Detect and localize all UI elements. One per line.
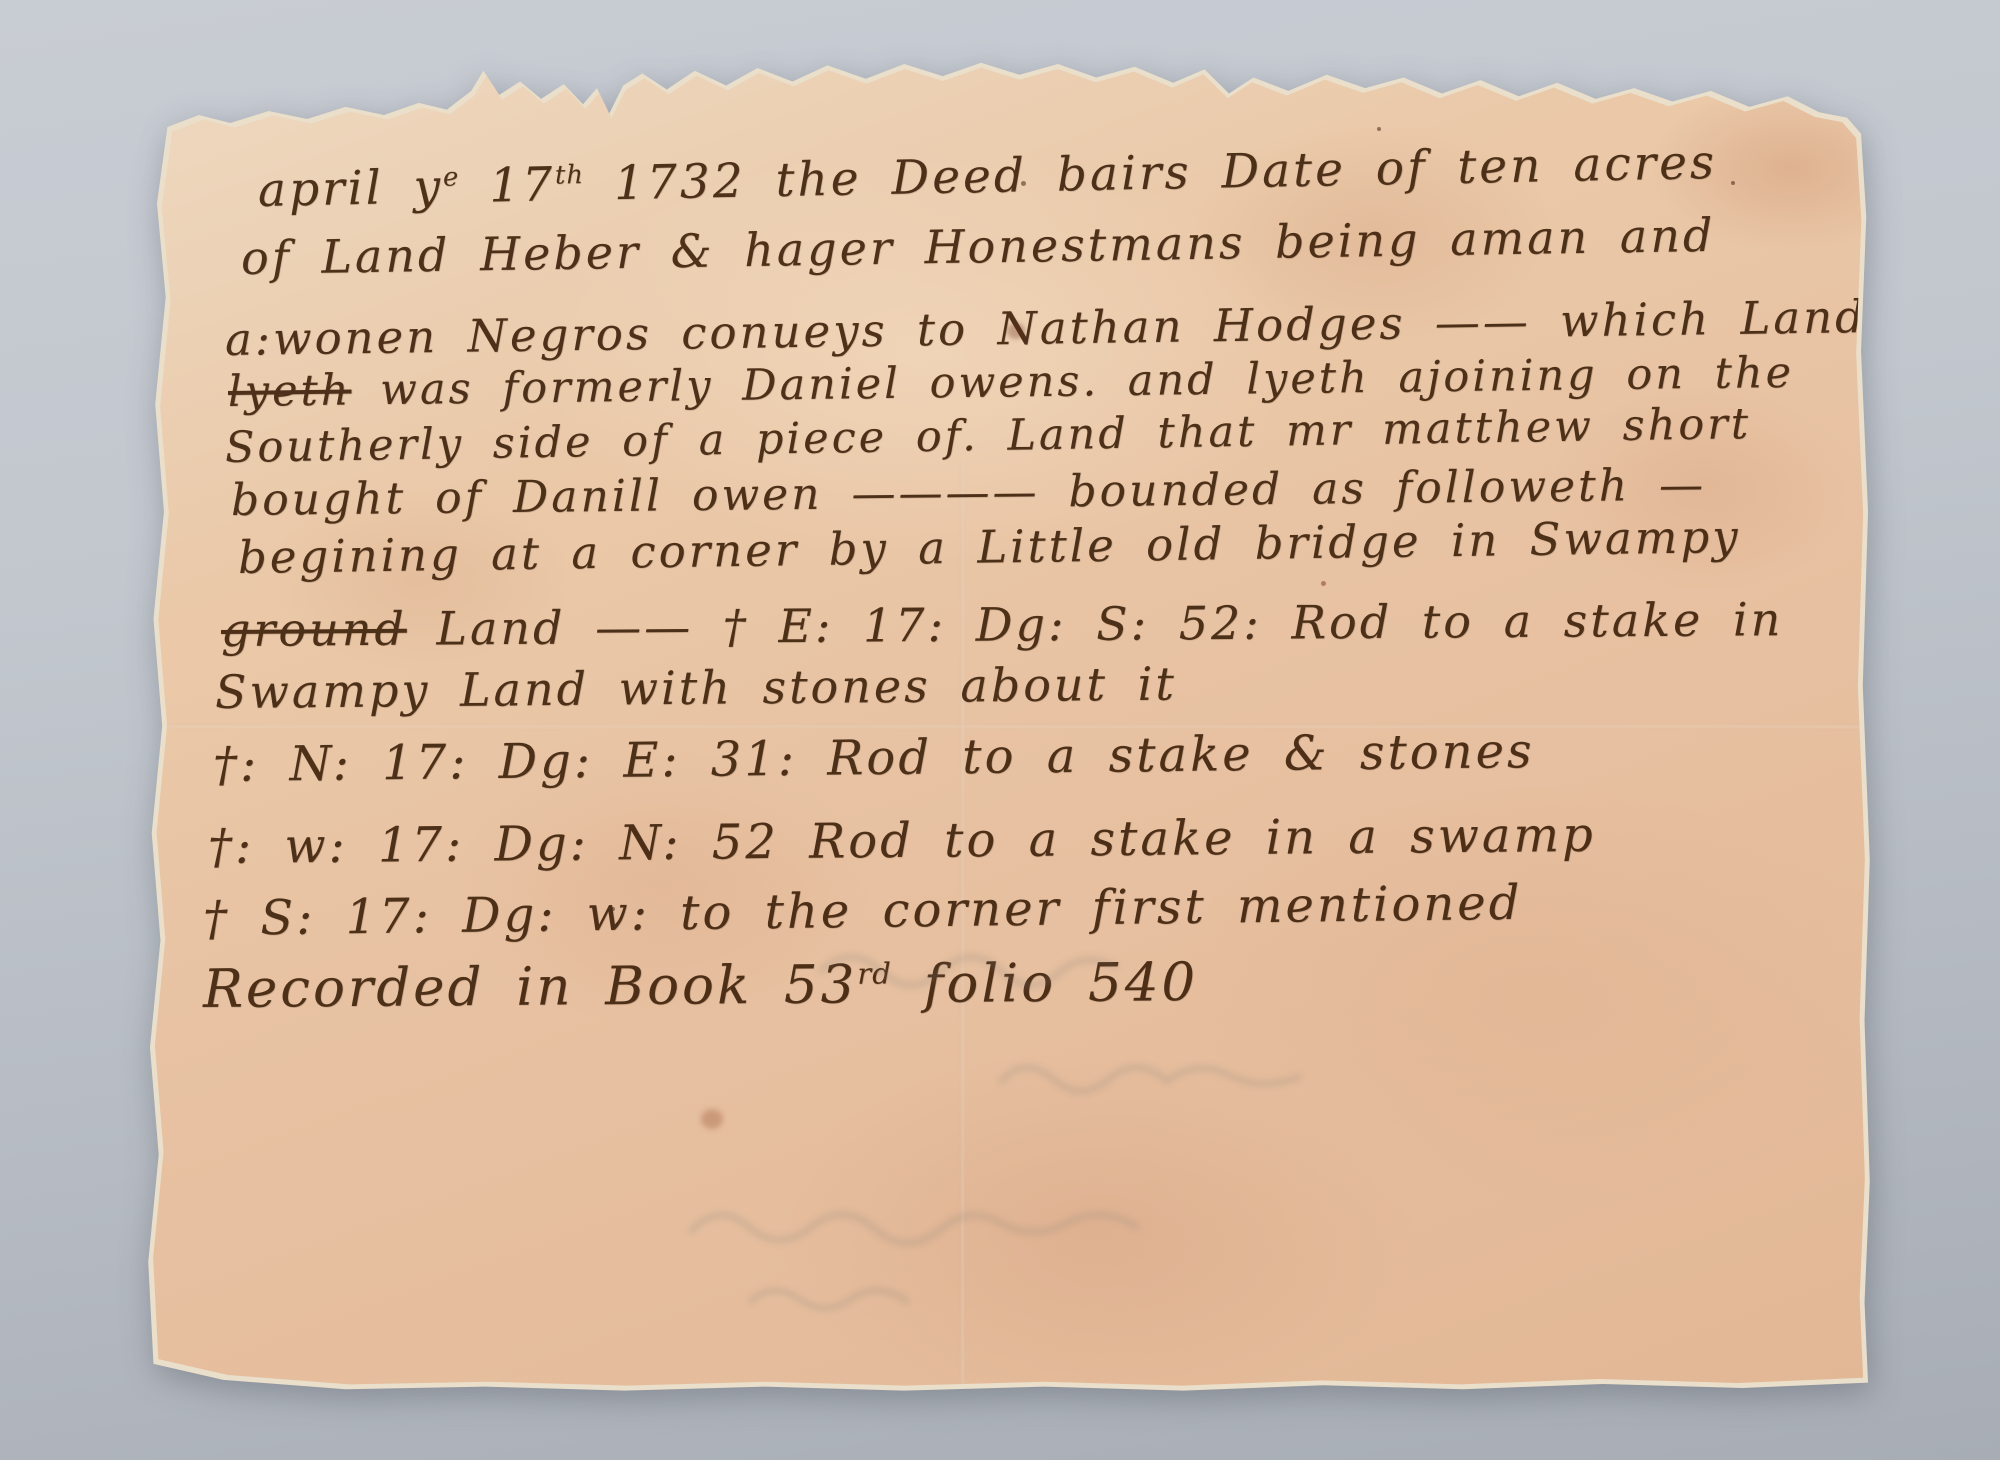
- manuscript-text: †: N: 17: Dg: E: 31: Rod to a stake & st…: [213, 723, 1535, 793]
- manuscript-line-9: Swampy Land with stones about it: [215, 657, 1177, 719]
- manuscript-line-10: †: N: 17: Dg: E: 31: Rod to a stake & st…: [213, 723, 1535, 793]
- manuscript-line-2: of Land Heber & hager Honestmans being a…: [241, 208, 1716, 285]
- ink-blot: [1007, 323, 1025, 339]
- manuscript-line-1: april ye 17th 1732 the Deed bairs Date o…: [257, 135, 1717, 218]
- fold-crease-horizontal: [151, 725, 1863, 728]
- manuscript-text: †: w: 17: Dg: N: 52 Rod to a stake in a …: [208, 807, 1596, 875]
- superscript-text: e: [443, 162, 460, 192]
- manuscript-text: 17: [459, 157, 556, 214]
- manuscript-text: Swampy Land with stones about it: [215, 657, 1177, 719]
- verso-bleedthrough: [571, 901, 1491, 1371]
- ink-speck: [1021, 181, 1026, 186]
- photo-backdrop: { "photo": { "subject": "handwritten dee…: [0, 0, 2000, 1460]
- manuscript-text: Land —— † E: 17: Dg: S: 52: Rod to a sta…: [407, 592, 1784, 656]
- ink-speck: [1731, 181, 1735, 185]
- manuscript-text: of Land Heber & hager Honestmans being a…: [241, 208, 1716, 285]
- ink-speck: [1321, 581, 1326, 586]
- deed-paper: april ye 17th 1732 the Deed bairs Date o…: [136, 56, 1882, 1396]
- superscript-text: th: [555, 160, 585, 191]
- manuscript-text: 1732 the Deed bairs Date of ten acres: [584, 135, 1718, 212]
- manuscript-line-8: ground Land —— † E: 17: Dg: S: 52: Rod t…: [221, 592, 1784, 657]
- ink-speck: [1377, 127, 1381, 131]
- struck-word: lyeth: [228, 365, 352, 417]
- manuscript-text: april y: [257, 159, 443, 218]
- paper-surface: april ye 17th 1732 the Deed bairs Date o…: [141, 61, 1877, 1391]
- struck-word: ground: [221, 602, 407, 657]
- manuscript-line-11: †: w: 17: Dg: N: 52 Rod to a stake in a …: [208, 807, 1596, 875]
